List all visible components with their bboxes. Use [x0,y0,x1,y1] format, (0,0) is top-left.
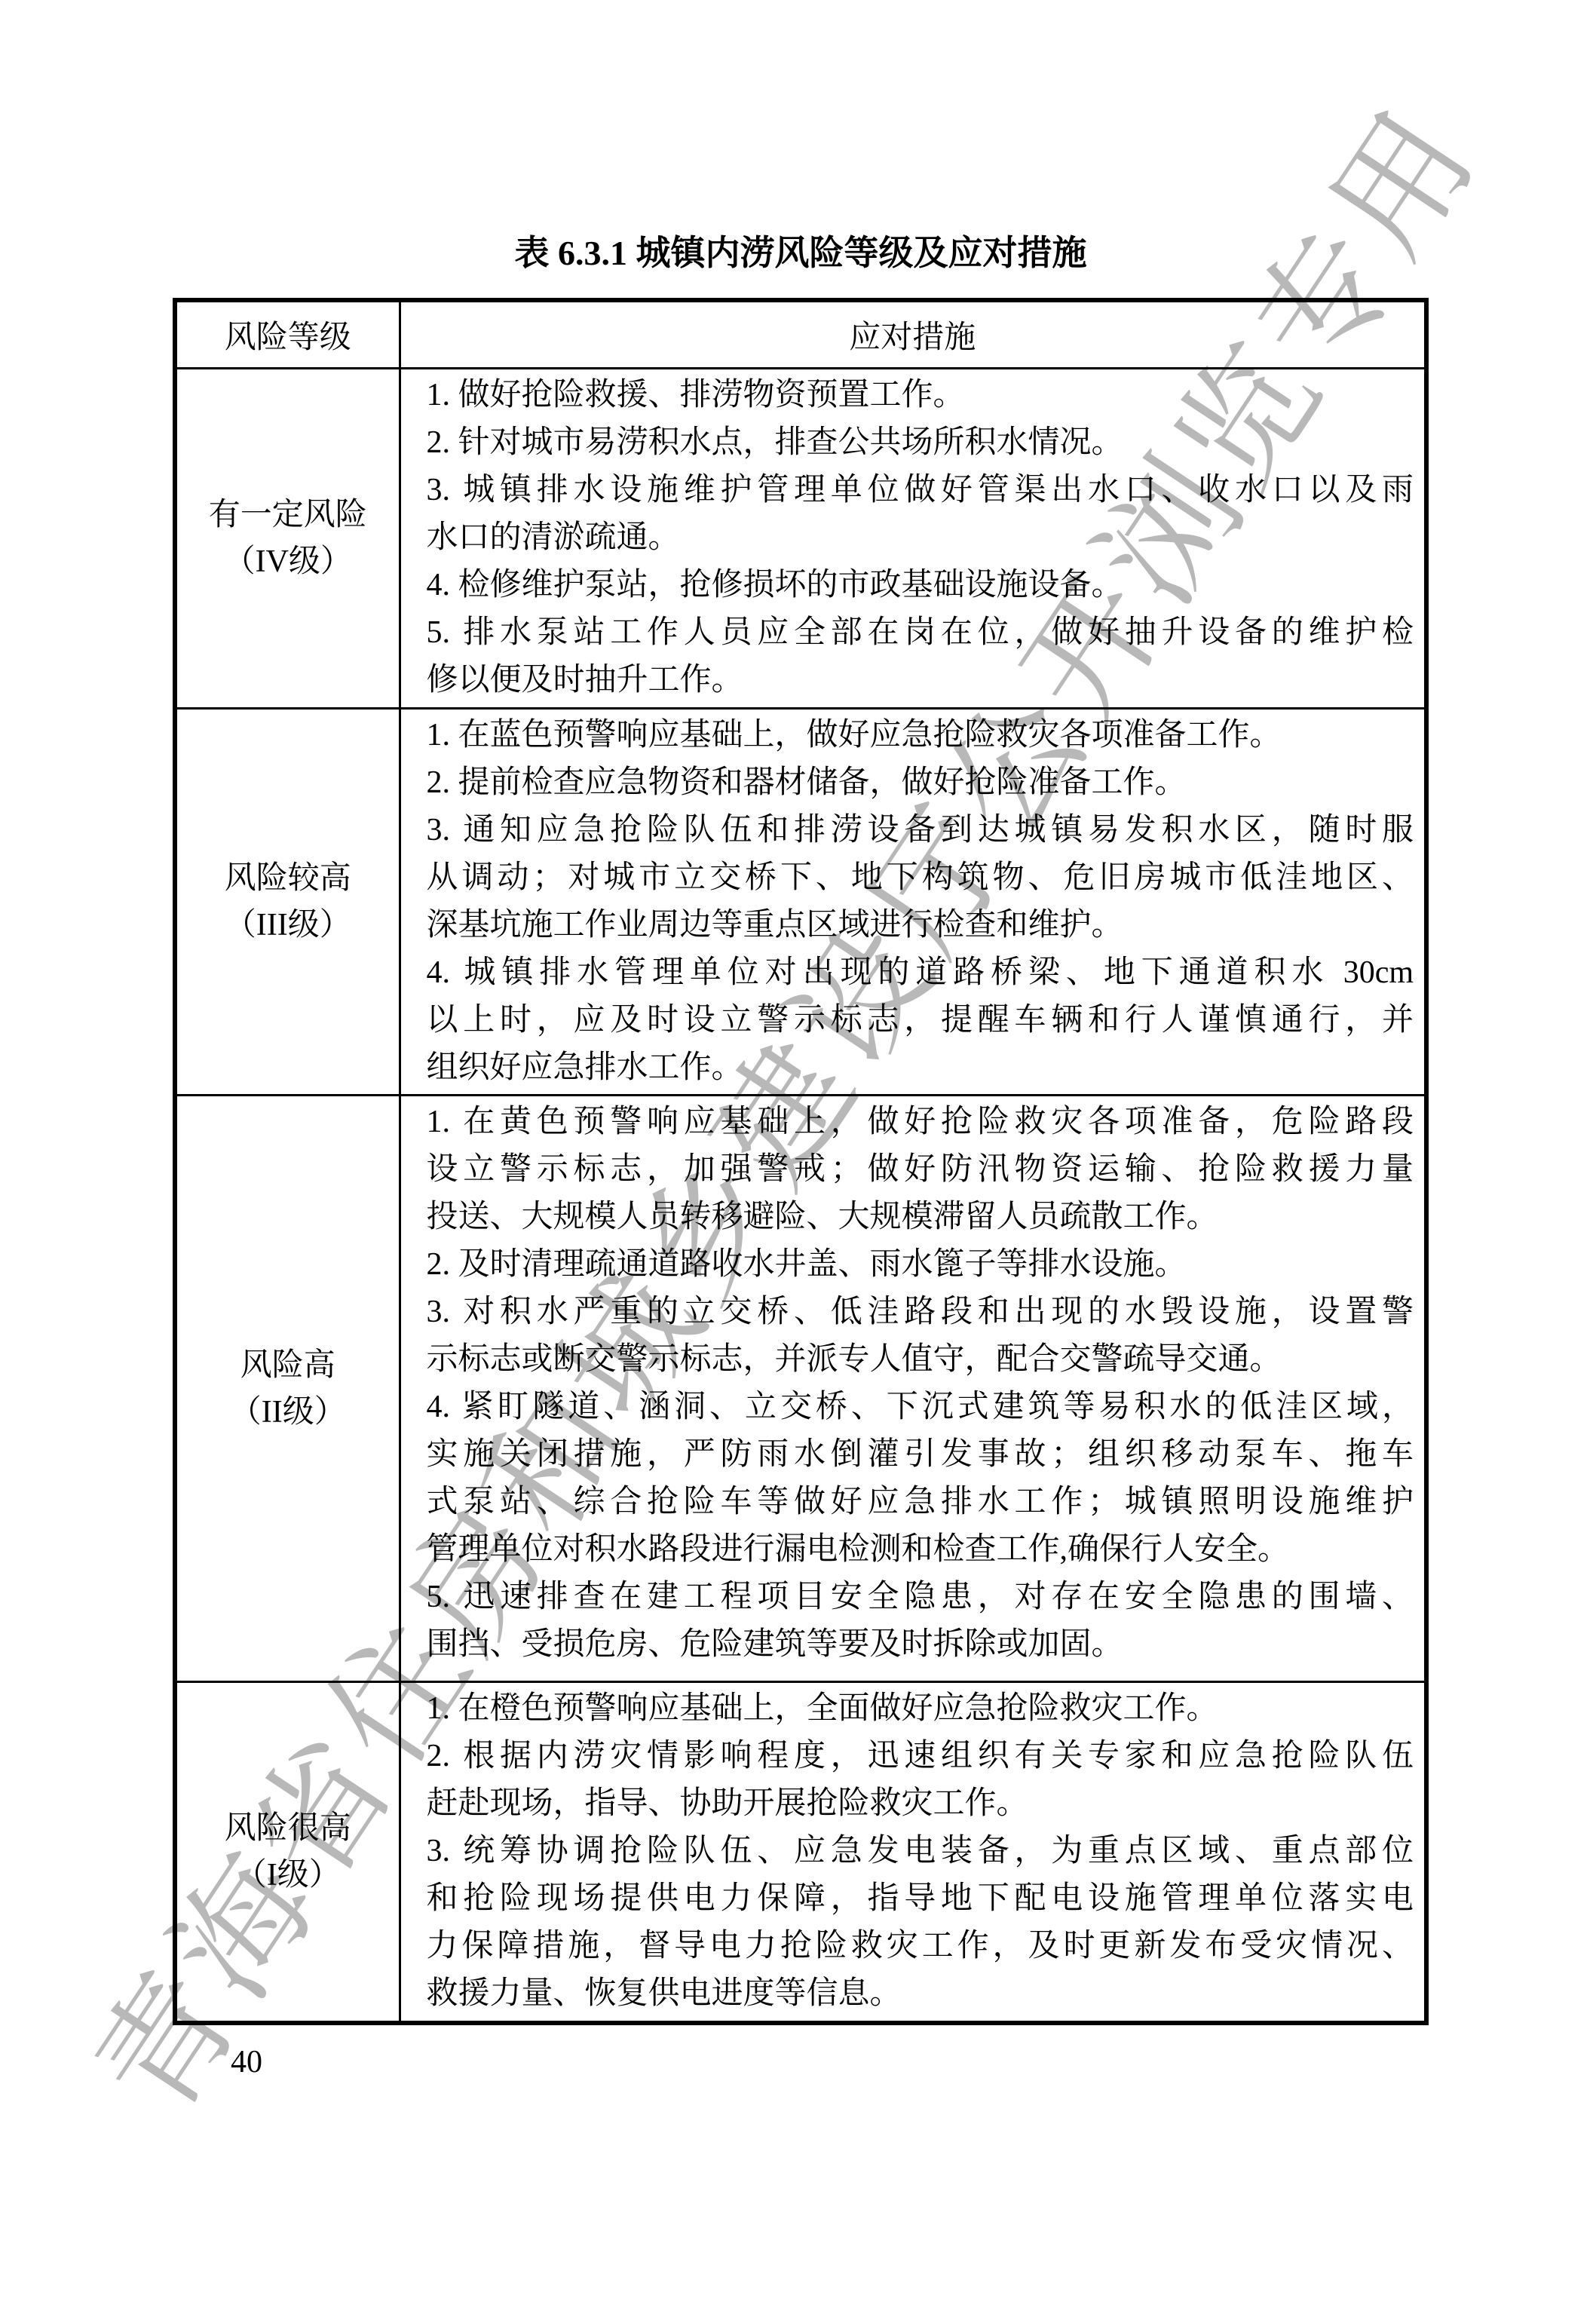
measure-line: 组织好应急排水工作。 [427,1044,1414,1092]
risk-level-line: 风险高 [177,1342,399,1389]
table-header-row: 风险等级 应对措施 [175,300,1426,369]
measure-line: 以上时，应及时设立警示标志，提醒车辆和行人谨慎通行，并 [427,997,1414,1044]
measure-line: 1. 在橙色预警响应基础上，全面做好应急抢险救灾工作。 [427,1685,1414,1733]
risk-level-cell: 风险较高（III级） [175,709,400,1096]
measure-line: 2. 根据内涝灾情影响程度，迅速组织有关专家和应急抢险队伍 [427,1733,1414,1780]
measure-line: 2. 针对城市易涝积水点，排查公共场所积水情况。 [427,419,1414,467]
measure-line: 力保障措施，督导电力抢险救灾工作，及时更新发布受灾情况、 [427,1923,1414,1970]
risk-level-line: 风险很高 [177,1805,399,1852]
measure-line: 5. 迅速排查在建工程项目安全隐患，对存在安全隐患的围墙、 [427,1574,1414,1621]
measure-line: 1. 在黄色预警响应基础上，做好抢险救灾各项准备，危险路段 [427,1099,1414,1146]
measure-line: 式泵站、综合抢险车等做好应急排水工作；城镇照明设施维护 [427,1479,1414,1526]
measure-line: 救援力量、恢复供电进度等信息。 [427,1970,1414,2018]
measure-line: 投送、大规模人员转移避险、大规模滞留人员疏散工作。 [427,1194,1414,1241]
risk-table: 风险等级 应对措施 有一定风险（IV级）1. 做好抢险救援、排涝物资预置工作。2… [173,298,1429,2025]
risk-level-line: （I级） [177,1852,399,1899]
risk-level-cell: 风险高（II级） [175,1096,400,1682]
risk-level-line: （IV级） [177,538,399,585]
measure-line: 示标志或断交警示标志，并派专人值守，配合交警疏导交通。 [427,1336,1414,1384]
measure-line: 赶赴现场，指导、协助开展抢险救灾工作。 [427,1780,1414,1828]
measure-line: 1. 在蓝色预警响应基础上，做好应急抢险救灾各项准备工作。 [427,712,1414,759]
measure-line: 从调动；对城市立交桥下、地下构筑物、危旧房城市低洼地区、 [427,854,1414,902]
measure-line: 1. 做好抢险救援、排涝物资预置工作。 [427,372,1414,419]
measure-line: 和抢险现场提供电力保障，指导地下配电设施管理单位落实电 [427,1875,1414,1923]
table-row: 风险高（II级）1. 在黄色预警响应基础上，做好抢险救灾各项准备，危险路段设立警… [175,1096,1426,1682]
risk-level-line: 有一定风险 [177,492,399,538]
measures-cell: 1. 做好抢险救援、排涝物资预置工作。2. 针对城市易涝积水点，排查公共场所积水… [400,369,1426,709]
measure-line: 2. 提前检查应急物资和器材储备，做好抢险准备工作。 [427,759,1414,807]
measure-line: 深基坑施工作业周边等重点区域进行检查和维护。 [427,902,1414,949]
risk-level-line: （III级） [177,902,399,949]
measure-line: 4. 检修维护泵站，抢修损坏的市政基础设施设备。 [427,562,1414,609]
table-title: 表 6.3.1 城镇内涝风险等级及应对措施 [175,231,1426,276]
measure-line: 2. 及时清理疏通道路收水井盖、雨水篦子等排水设施。 [427,1241,1414,1289]
table-row: 有一定风险（IV级）1. 做好抢险救援、排涝物资预置工作。2. 针对城市易涝积水… [175,369,1426,709]
page-number: 40 [231,2043,262,2081]
measure-line: 围挡、受损危房、危险建筑等要及时拆除或加固。 [427,1621,1414,1669]
header-measures: 应对措施 [400,300,1426,369]
risk-level-cell: 风险很高（I级） [175,1682,400,2024]
risk-level-line: 风险较高 [177,855,399,902]
measure-line: 5. 排水泵站工作人员应全部在岗在位，做好抽升设备的维护检 [427,609,1414,657]
measure-line: 3. 通知应急抢险队伍和排涝设备到达城镇易发积水区，随时服 [427,807,1414,854]
measures-cell: 1. 在蓝色预警响应基础上，做好应急抢险救灾各项准备工作。2. 提前检查应急物资… [400,709,1426,1096]
risk-level-line: （II级） [177,1389,399,1436]
risk-level-cell: 有一定风险（IV级） [175,369,400,709]
header-risk-level: 风险等级 [175,300,400,369]
measures-cell: 1. 在橙色预警响应基础上，全面做好应急抢险救灾工作。2. 根据内涝灾情影响程度… [400,1682,1426,2024]
table-row: 风险较高（III级）1. 在蓝色预警响应基础上，做好应急抢险救灾各项准备工作。2… [175,709,1426,1096]
measures-cell: 1. 在黄色预警响应基础上，做好抢险救灾各项准备，危险路段设立警示标志，加强警戒… [400,1096,1426,1682]
measure-line: 3. 统筹协调抢险队伍、应急发电装备，为重点区域、重点部位 [427,1828,1414,1875]
measure-line: 设立警示标志，加强警戒；做好防汛物资运输、抢险救援力量 [427,1146,1414,1194]
measure-line: 3. 对积水严重的立交桥、低洼路段和出现的水毁设施，设置警 [427,1289,1414,1336]
measure-line: 4. 紧盯隧道、涵洞、立交桥、下沉式建筑等易积水的低洼区域， [427,1384,1414,1431]
measure-line: 4. 城镇排水管理单位对出现的道路桥梁、地下通道积水 30cm [427,949,1414,997]
measure-line: 水口的清淤疏通。 [427,514,1414,562]
measure-line: 管理单位对积水路段进行漏电检测和检查工作,确保行人安全。 [427,1526,1414,1574]
measure-line: 3. 城镇排水设施维护管理单位做好管渠出水口、收水口以及雨 [427,467,1414,514]
table-row: 风险很高（I级）1. 在橙色预警响应基础上，全面做好应急抢险救灾工作。2. 根据… [175,1682,1426,2024]
measure-line: 修以便及时抽升工作。 [427,657,1414,704]
measure-line: 实施关闭措施，严防雨水倒灌引发事故；组织移动泵车、拖车 [427,1431,1414,1479]
